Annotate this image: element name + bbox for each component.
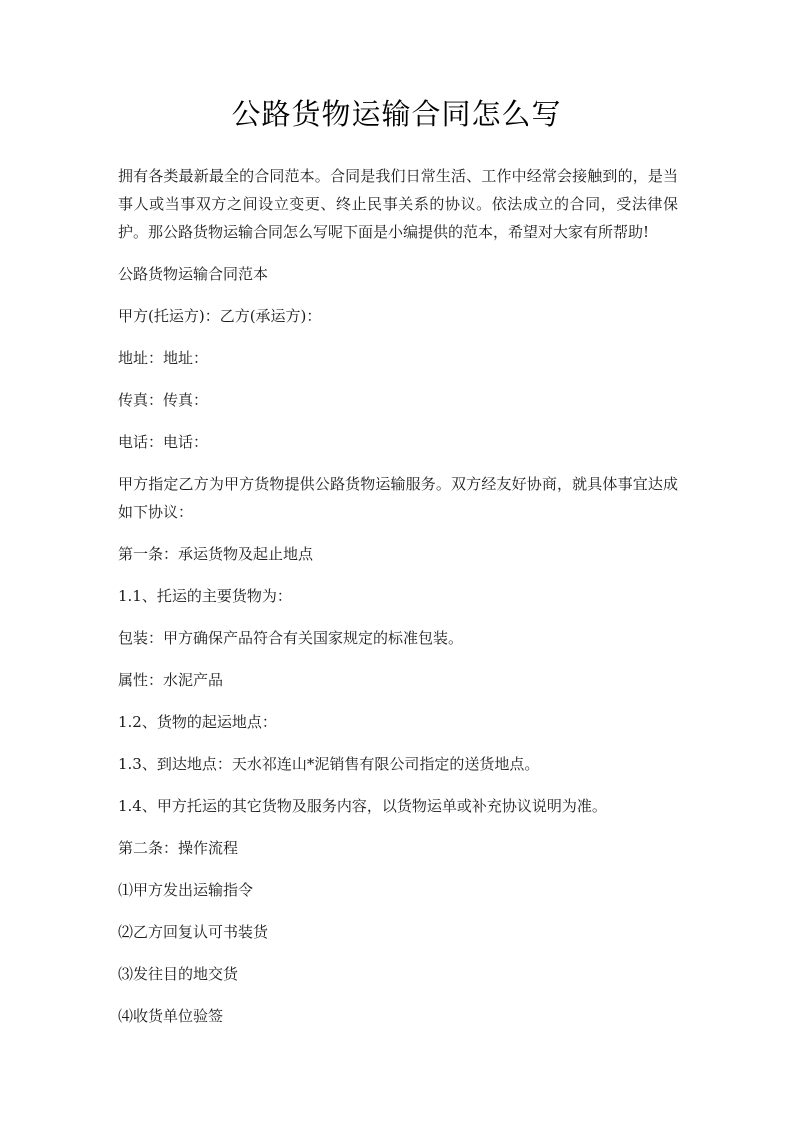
address-line: 地址：地址： [118, 344, 678, 372]
fax-line: 传真：传真： [118, 386, 678, 414]
attribute-line: 属性：水泥产品 [118, 666, 678, 694]
process-step-2: ⑵乙方回复认可书装货 [118, 918, 678, 946]
document-title: 公路货物运输合同怎么写 [0, 92, 793, 133]
document-page: 公路货物运输合同怎么写 拥有各类最新最全的合同范本。合同是我们日常生活、工作中经… [0, 0, 793, 1122]
article-2-heading: 第二条：操作流程 [118, 834, 678, 862]
parties-line: 甲方(托运方)：乙方(承运方)： [118, 302, 678, 330]
clause-1-3: 1.3、到达地点：天水祁连山*泥销售有限公司指定的送货地点。 [118, 750, 678, 778]
process-step-1: ⑴甲方发出运输指令 [118, 876, 678, 904]
intro-paragraph: 拥有各类最新最全的合同范本。合同是我们日常生活、工作中经常会接触到的，是当事人或… [118, 162, 678, 246]
article-1-heading: 第一条：承运货物及起止地点 [118, 540, 678, 568]
phone-line: 电话：电话： [118, 428, 678, 456]
clause-1-4: 1.4、甲方托运的其它货物及服务内容，以货物运单或补充协议说明为准。 [118, 792, 678, 820]
agreement-paragraph: 甲方指定乙方为甲方货物提供公路货物运输服务。双方经友好协商，就具体事宜达成如下协… [118, 470, 678, 526]
clause-1-1: 1.1、托运的主要货物为： [118, 582, 678, 610]
section-heading: 公路货物运输合同范本 [118, 260, 678, 288]
process-step-4: ⑷收货单位验签 [118, 1002, 678, 1030]
packaging-line: 包装：甲方确保产品符合有关国家规定的标准包装。 [118, 624, 678, 652]
document-body: 拥有各类最新最全的合同范本。合同是我们日常生活、工作中经常会接触到的，是当事人或… [118, 162, 678, 1044]
process-step-3: ⑶发往目的地交货 [118, 960, 678, 988]
clause-1-2: 1.2、货物的起运地点： [118, 708, 678, 736]
